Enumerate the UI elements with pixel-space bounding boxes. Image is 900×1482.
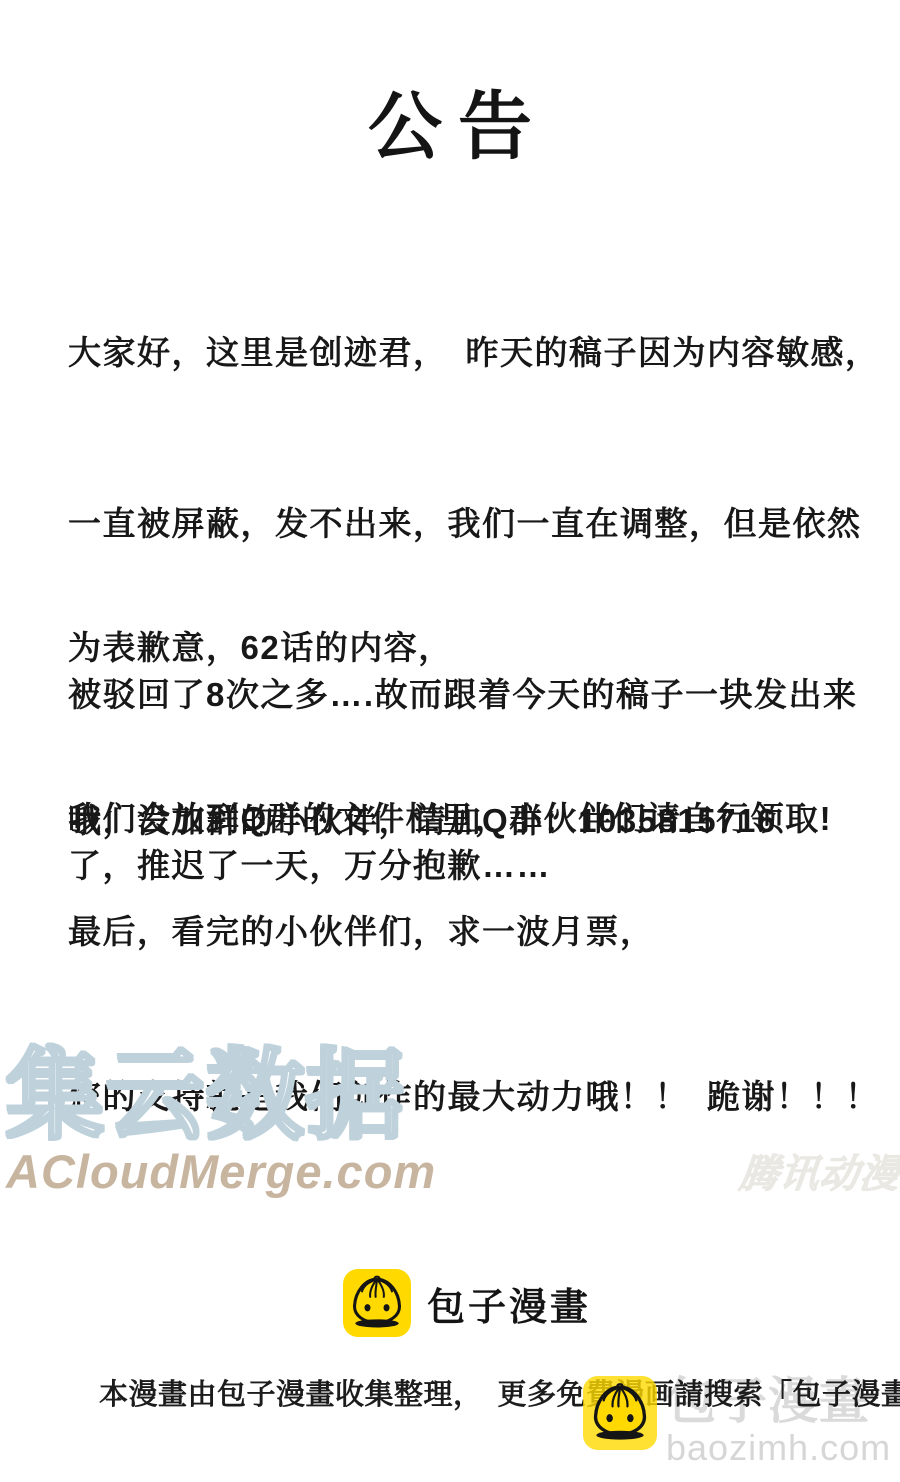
tencent-comics-watermark: 腾讯动漫	[737, 1143, 900, 1199]
acloudmerge-watermark-url: ACloudMerge.com	[6, 1148, 436, 1195]
baozi-manga-brand-name: 包子漫畫	[427, 1276, 591, 1331]
baozi-bun-icon	[583, 1374, 657, 1452]
announcement-page: 公告 大家好，这里是创迹君， 昨天的稿子因为内容敏感， 一直被屏蔽，发不出来，我…	[0, 0, 900, 1482]
acloudmerge-watermark-cn: 集云数据	[6, 1046, 436, 1146]
baozimh-watermark-url: baozimh.com	[666, 1430, 891, 1466]
text-line: 大家好，这里是创迹君， 昨天的稿子因为内容敏感，	[68, 324, 880, 381]
baozi-bun-icon	[343, 1268, 411, 1338]
acloudmerge-watermark: 集云数据 ACloudMerge.com	[6, 1046, 436, 1195]
page-title: 公告	[0, 68, 900, 174]
disclaimer-text: 本漫畫由包子漫畫收集整理， 更多免費漫画請搜索「包子漫畫」	[99, 1372, 900, 1413]
text-line: 最后，看完的小伙伴们，求一波月票，	[68, 904, 880, 959]
baozi-corner-badge	[583, 1374, 657, 1452]
baozi-manga-logo: 包子漫畫	[343, 1268, 591, 1338]
text-line: 为表歉意，62话的内容，	[68, 619, 832, 676]
